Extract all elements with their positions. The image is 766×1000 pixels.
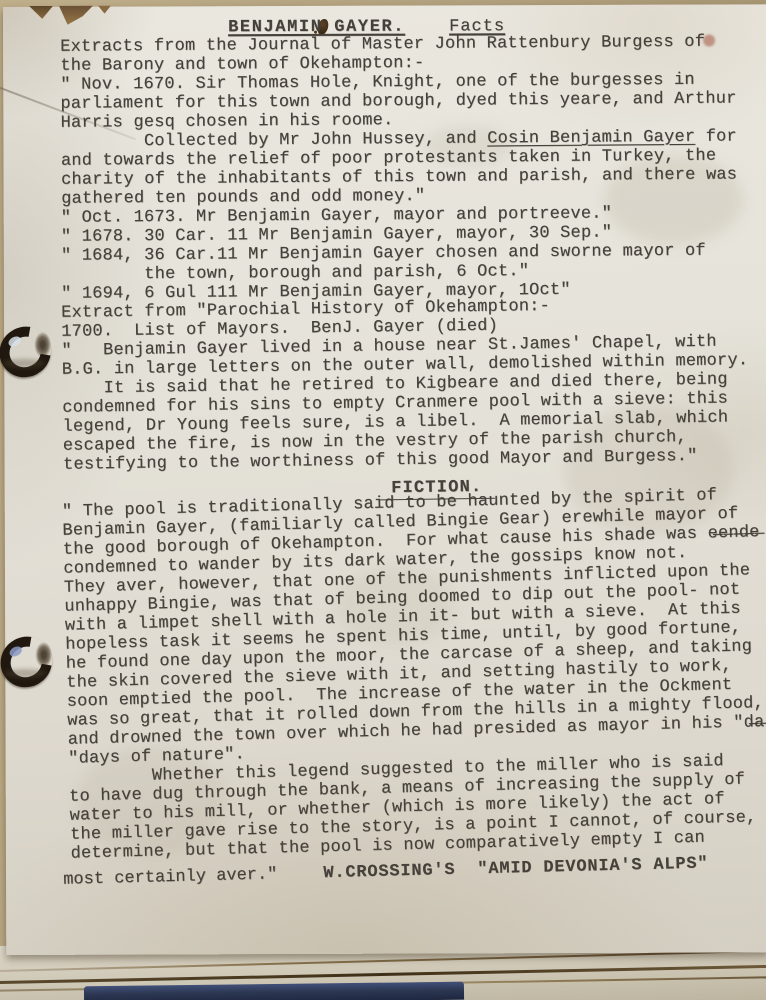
- journal-entry-1684: " 1684, 36 Car.11 Mr Benjamin Gayer chos…: [61, 241, 751, 284]
- journal-paragraph-1670: " Nov. 1670. Sir Thomas Hole, Knight, on…: [60, 70, 751, 208]
- scanned-document-photo: BENJAMIN GAYER. Facts Extracts from the …: [0, 0, 766, 1000]
- attribution-text: W.CROSSING'S "AMID DEVONIA'S ALPS": [323, 854, 708, 883]
- typewritten-content: BENJAMIN GAYER. Facts Extracts from the …: [3, 4, 766, 955]
- page-title: BENJAMIN GAYER.: [228, 18, 405, 38]
- underlined-cosin-benjamin-gayer: Cosin Benjamin Gayer: [487, 128, 695, 149]
- fiction-body: " The pool is traditionally said to be h…: [62, 485, 761, 863]
- document-page: BENJAMIN GAYER. Facts Extracts from the …: [3, 4, 766, 955]
- closing-text: most certainly aver.": [63, 865, 278, 889]
- intro-paragraph: Extracts from the Journal of Master John…: [60, 32, 750, 75]
- extract-body: 1700. List of Mayors. BenJ. Gayer (died)…: [61, 313, 753, 475]
